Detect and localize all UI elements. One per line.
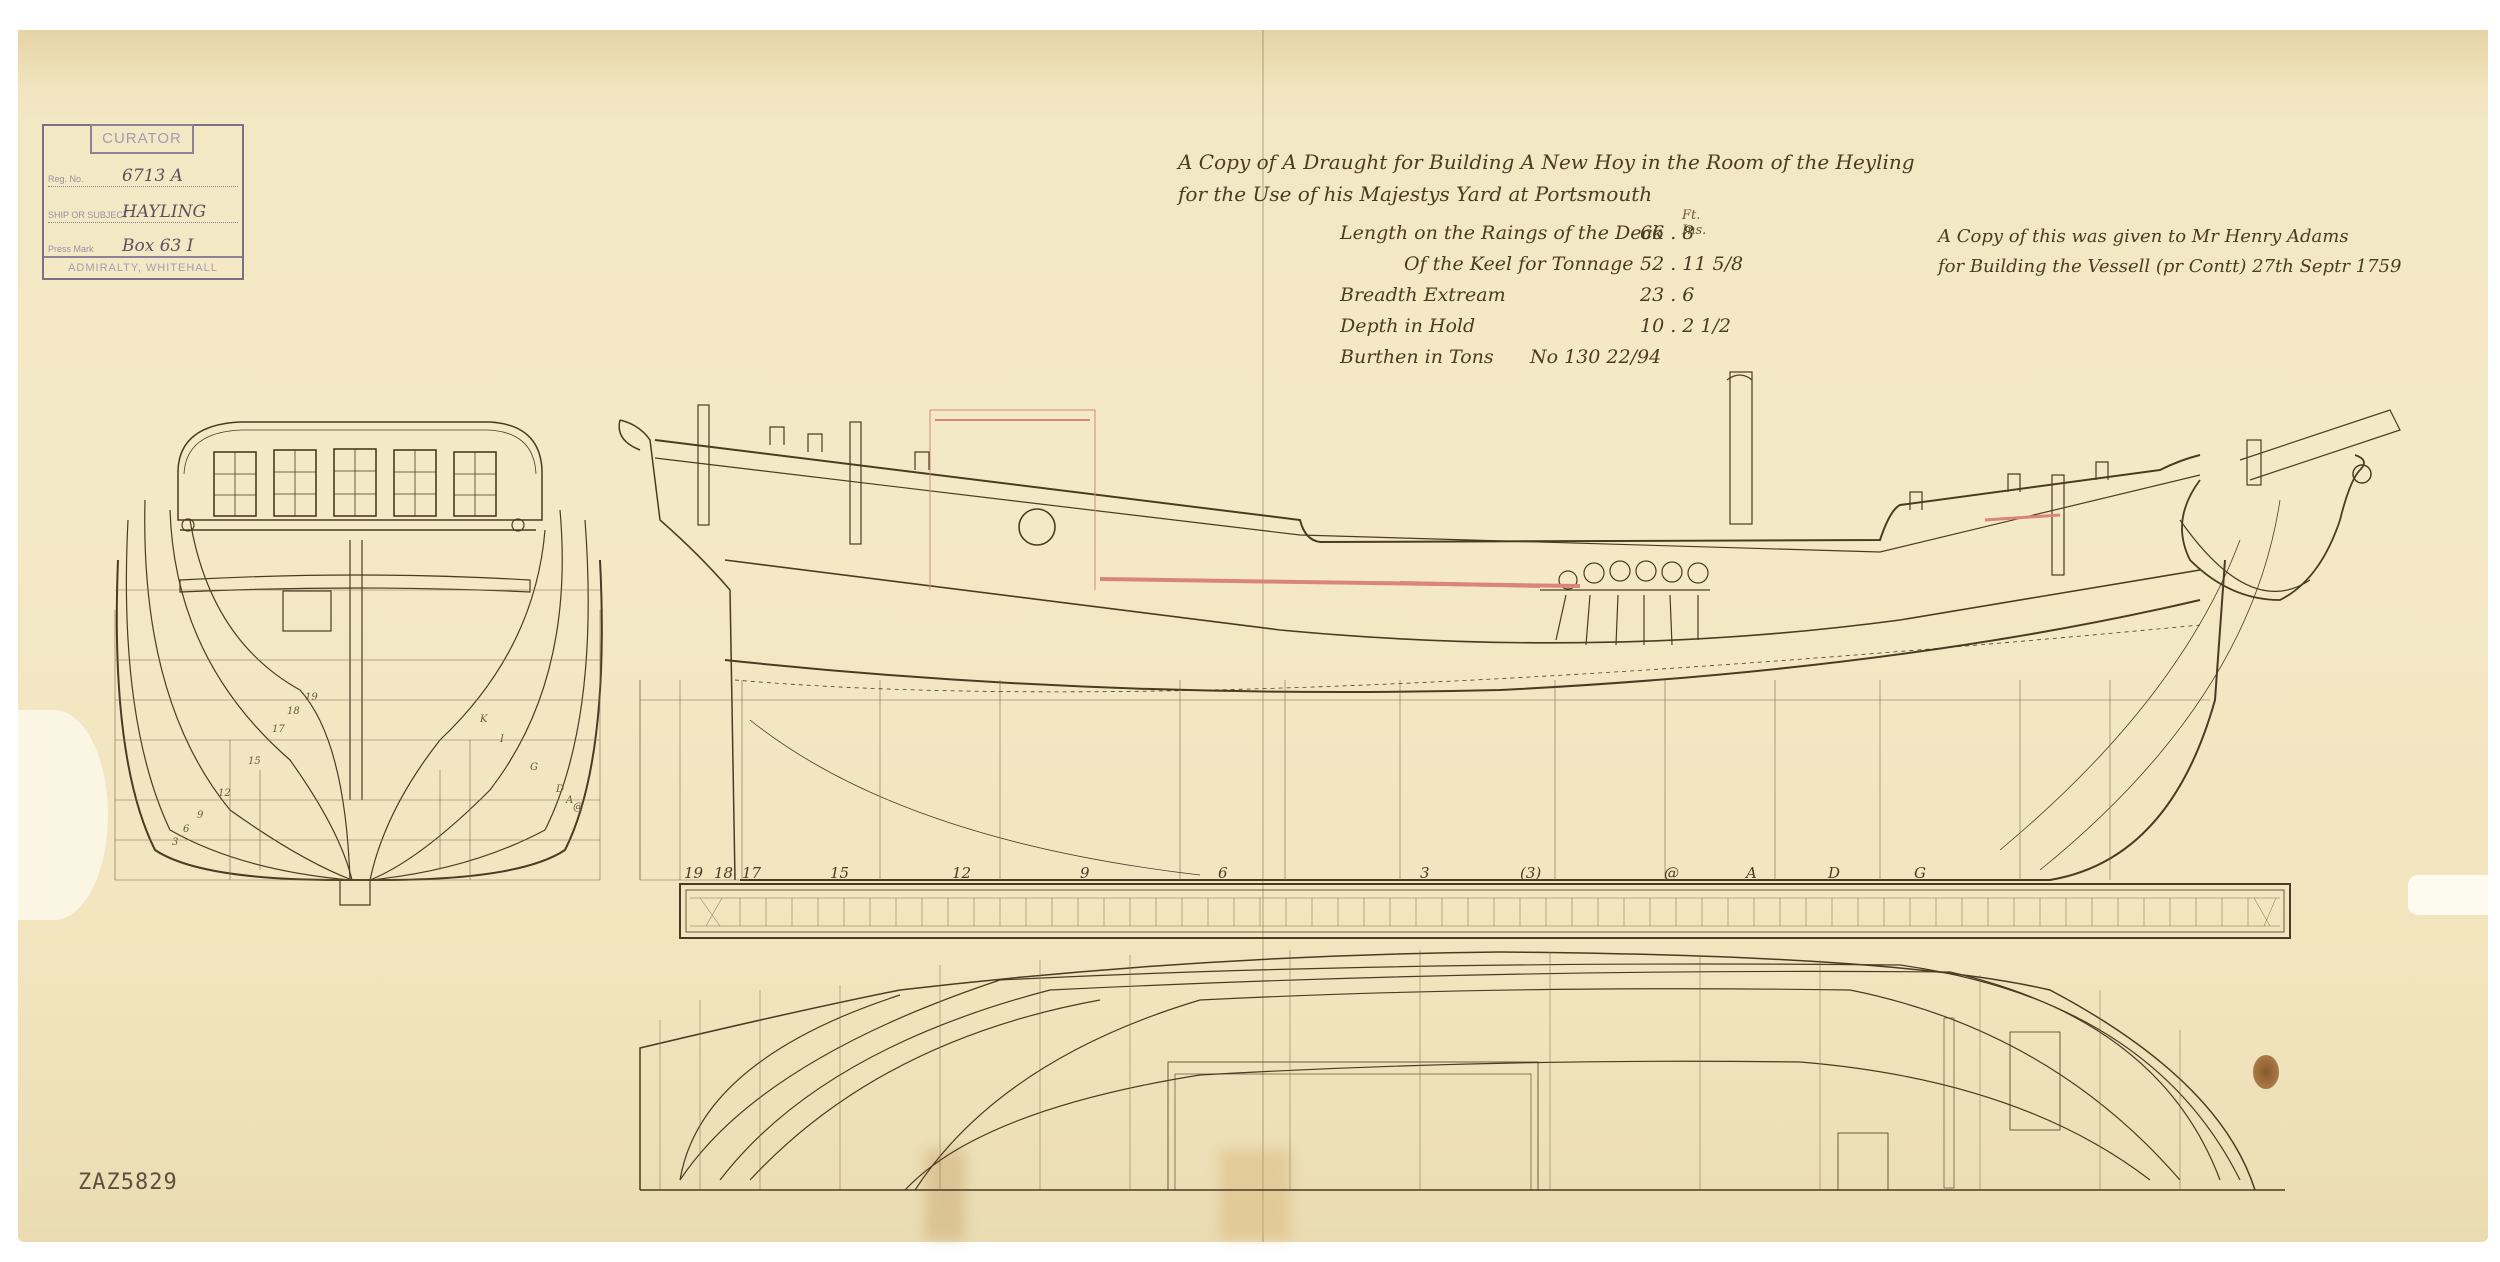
svg-text:17: 17 (742, 864, 762, 882)
svg-text:18: 18 (714, 864, 733, 882)
svg-text:D: D (1827, 864, 1840, 882)
svg-text:(3): (3) (1520, 864, 1541, 882)
svg-text:17: 17 (272, 724, 285, 735)
scale-bar (680, 884, 2290, 938)
svg-text:6: 6 (1218, 864, 1228, 882)
svg-text:12: 12 (218, 788, 231, 799)
svg-text:A: A (1744, 864, 1757, 882)
svg-text:I: I (499, 734, 505, 745)
sheer-plan (619, 372, 2400, 880)
body-plan-labels: 19 18 17 15 12 9 6 3 K I G D A @ (172, 692, 583, 848)
svg-text:G: G (1914, 864, 1926, 882)
svg-text:3: 3 (172, 837, 178, 848)
svg-text:18: 18 (287, 706, 300, 717)
svg-text:D: D (555, 784, 564, 795)
svg-text:15: 15 (248, 756, 261, 767)
svg-text:9: 9 (1080, 864, 1090, 882)
svg-text:G: G (530, 762, 538, 773)
svg-text:15: 15 (830, 864, 849, 882)
svg-text:3: 3 (1420, 864, 1430, 882)
svg-text:19: 19 (305, 692, 318, 703)
svg-text:19: 19 (684, 864, 704, 882)
svg-text:K: K (479, 714, 488, 725)
svg-text:6: 6 (183, 824, 190, 835)
svg-text:9: 9 (197, 810, 204, 821)
half-breadth-plan (640, 950, 2285, 1190)
svg-text:@: @ (1664, 864, 1679, 882)
ship-draughts: 19 18 17 15 12 9 6 3 K I G D A @ 19 18 1… (0, 0, 2500, 1262)
svg-text:A: A (565, 795, 573, 806)
svg-text:@: @ (573, 802, 583, 813)
svg-text:12: 12 (952, 864, 971, 882)
